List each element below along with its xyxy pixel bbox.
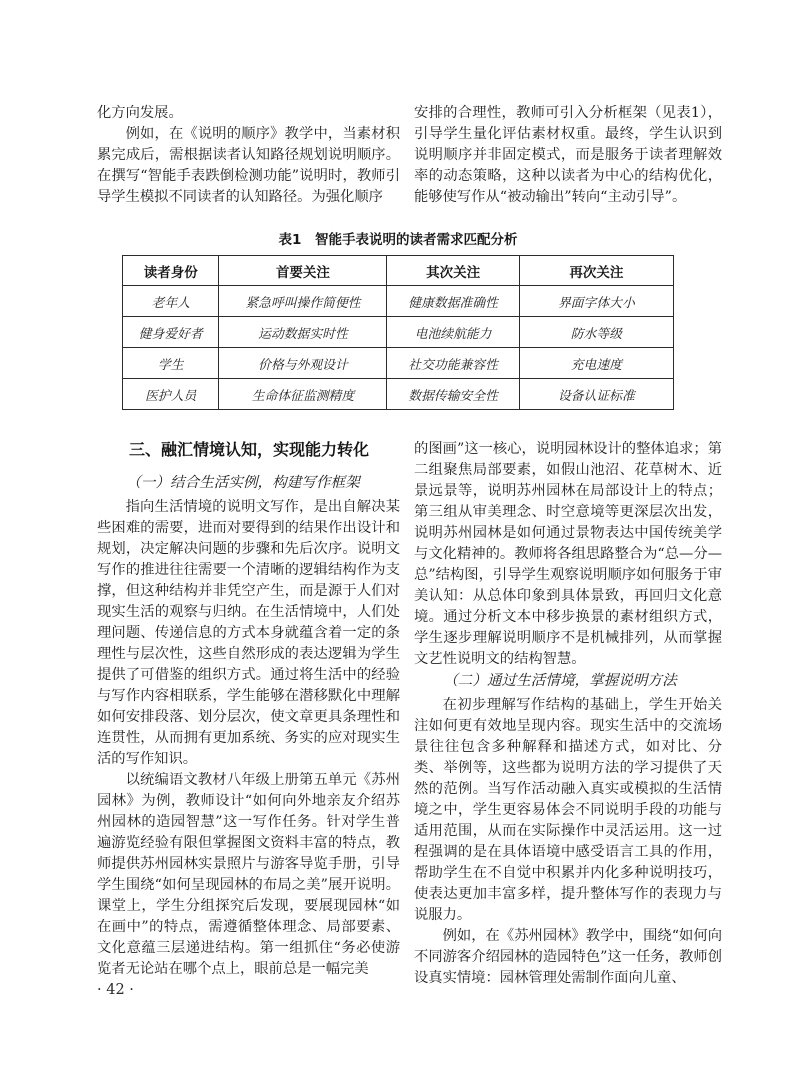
table-cell: 充电速度 <box>519 348 673 379</box>
table-cell: 价格与外观设计 <box>219 348 387 379</box>
document-page: 化方向发展。 例如，在《说明的顺序》教学中，当素材积累完成后，需根据读者认知路径… <box>0 0 800 1077</box>
table-cell: 健康数据准确性 <box>387 286 519 317</box>
bottom-text-section: 三、融汇情境认知，实现能力转化 （一）结合生活实例，构建写作框架 指向生活情境的… <box>97 439 722 989</box>
section-heading: 三、融汇情境认知，实现能力转化 <box>97 439 400 461</box>
table-row: 医护人员 生命体征监测精度 数据传输安全性 设备认证标准 <box>123 379 674 410</box>
paragraph: 的图画”这一核心，说明园林设计的整体追求；第二组聚焦局部要素，如假山池沼、花草树… <box>414 439 722 670</box>
sub-heading: （二）通过生活情境，掌握说明方法 <box>414 670 722 691</box>
table-cell: 运动数据实时性 <box>219 317 387 348</box>
paragraph: 安排的合理性，教师可引入分析框架（见表1），引导学生量化评估素材权重。最终，学生… <box>414 103 722 208</box>
table-header-cell: 其次关注 <box>387 256 519 286</box>
table-row: 健身爱好者 运动数据实时性 电池续航能力 防水等级 <box>123 317 674 348</box>
page-content: 化方向发展。 例如，在《说明的顺序》教学中，当素材积累完成后，需根据读者认知路径… <box>97 103 722 989</box>
paragraph: 在初步理解写作结构的基础上，学生开始关注如何更有效地呈现内容。现实生活中的交流场… <box>414 695 722 926</box>
sub-heading: （一）结合生活实例，构建写作框架 <box>97 472 400 493</box>
table-block: 表1 智能手表说明的读者需求匹配分析 读者身份 首要关注 其次关注 再次关注 老… <box>97 231 722 410</box>
bottom-right-column: 的图画”这一核心，说明园林设计的整体追求；第二组聚焦局部要素，如假山池沼、花草树… <box>414 439 722 989</box>
table-caption: 表1 智能手表说明的读者需求匹配分析 <box>122 231 674 249</box>
paragraph: 化方向发展。 <box>97 103 400 124</box>
table-header-cell: 首要关注 <box>219 256 387 286</box>
bottom-left-column: 三、融汇情境认知，实现能力转化 （一）结合生活实例，构建写作框架 指向生活情境的… <box>97 439 400 989</box>
table-header-row: 读者身份 首要关注 其次关注 再次关注 <box>123 256 674 286</box>
table-cell: 学生 <box>123 348 219 379</box>
table-header-cell: 读者身份 <box>123 256 219 286</box>
paragraph: 例如，在《说明的顺序》教学中，当素材积累完成后，需根据读者认知路径规划说明顺序。… <box>97 124 400 208</box>
top-left-column: 化方向发展。 例如，在《说明的顺序》教学中，当素材积累完成后，需根据读者认知路径… <box>97 103 400 208</box>
table-cell: 界面字体大小 <box>519 286 673 317</box>
table-row: 学生 价格与外观设计 社交功能兼容性 充电速度 <box>123 348 674 379</box>
top-text-section: 化方向发展。 例如，在《说明的顺序》教学中，当素材积累完成后，需根据读者认知路径… <box>97 103 722 208</box>
top-right-column: 安排的合理性，教师可引入分析框架（见表1），引导学生量化评估素材权重。最终，学生… <box>414 103 722 208</box>
table-cell: 防水等级 <box>519 317 673 348</box>
table-cell: 数据传输安全性 <box>387 379 519 410</box>
table-header-cell: 再次关注 <box>519 256 673 286</box>
page-number: · 42 · <box>97 982 134 998</box>
table-cell: 紧急呼叫操作简便性 <box>219 286 387 317</box>
table-cell: 健身爱好者 <box>123 317 219 348</box>
table-row: 老年人 紧急呼叫操作简便性 健康数据准确性 界面字体大小 <box>123 286 674 317</box>
paragraph: 指向生活情境的说明文写作，是出自解决某些困难的需要，进而对要得到的结果作出设计和… <box>97 497 400 770</box>
table-cell: 老年人 <box>123 286 219 317</box>
paragraph: 以统编语文教材八年级上册第五单元《苏州园林》为例，教师设计“如何向外地亲友介绍苏… <box>97 770 400 980</box>
table-cell: 电池续航能力 <box>387 317 519 348</box>
table-cell: 医护人员 <box>123 379 219 410</box>
table-cell: 社交功能兼容性 <box>387 348 519 379</box>
table-cell: 设备认证标准 <box>519 379 673 410</box>
reader-needs-table: 读者身份 首要关注 其次关注 再次关注 老年人 紧急呼叫操作简便性 健康数据准确… <box>122 255 674 410</box>
table-cell: 生命体征监测精度 <box>219 379 387 410</box>
paragraph: 例如，在《苏州园林》教学中，围绕“如何向不同游客介绍园林的造园特色”这一任务，教… <box>414 926 722 989</box>
